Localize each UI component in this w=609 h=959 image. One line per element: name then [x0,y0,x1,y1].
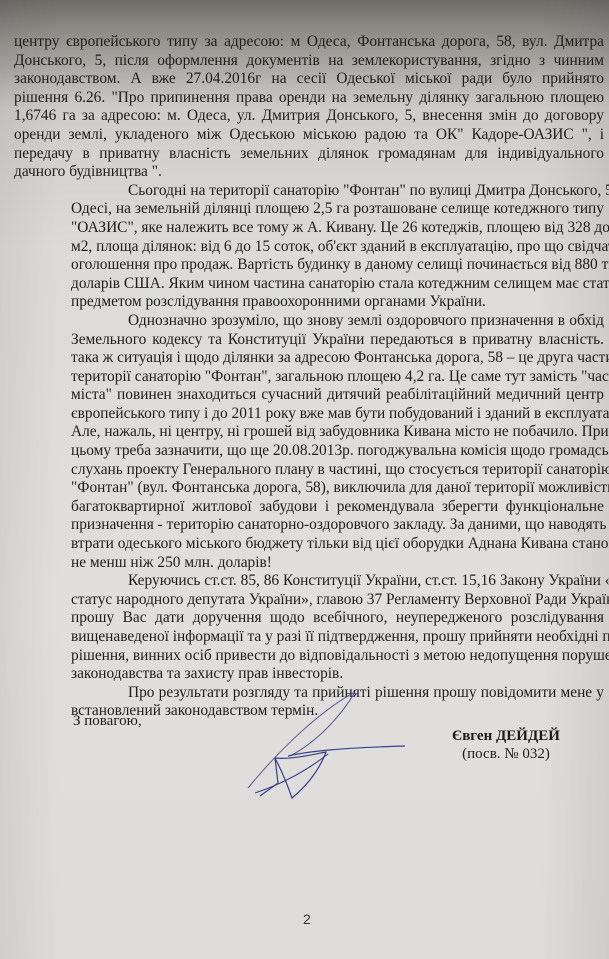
text-line: законодавством. А вже 27.04.2016г на сес… [14,70,604,89]
text-line: вищенаведеної інформації та у разі її пі… [14,628,604,647]
paragraph: Керуючись ст.ст. 85, 86 Конституції Укра… [14,572,604,684]
paragraph: центру європейського типу за адресою: м … [14,33,604,182]
text-line: території санаторію "Фонтан", загальною … [14,368,604,387]
text-line: Одесі, на земельній ділянці площею 2,5 г… [14,200,604,219]
signer-name: Євген ДЕЙДЕЙ [446,728,566,745]
text-line: м2, площа ділянок: від 6 до 15 соток, об… [14,238,604,257]
text-line: призначення - територію санаторно-оздоро… [14,516,604,535]
text-line: рішення, винних осіб привести до відпові… [14,647,604,666]
text-line: рішення 6.26. "Про припинення права орен… [14,89,604,108]
text-line: центру європейського типу за адресою: м … [14,33,604,52]
text-line: доларів США. Яким чином частина санаторі… [14,275,604,294]
text-line: оренди землі, укладеного між Одеською мі… [14,126,604,145]
text-line: Сьогодні на території санаторію "Фонтан"… [14,182,604,201]
text-line: втрати одеського міського бюджету тільки… [14,535,604,554]
text-line: міста" повинен знаходиться сучасний дитя… [14,386,604,405]
text-line: законодавства та захисту прав інвесторів… [14,665,604,684]
handwritten-signature [230,688,410,803]
paragraph: Однозначно зрозуміло, що знову землі озд… [14,312,604,572]
text-line: прошу Вас дати доручення щодо всебічного… [14,609,604,628]
text-line: Земельного кодексу та Конституції Україн… [14,331,604,350]
page-number: 2 [303,911,311,927]
text-line: багатоквартирної житлової забудови і рек… [14,498,604,517]
text-line: європейського типу і до 2011 року вже ма… [14,405,604,424]
signer-block: Євген ДЕЙДЕЙ (посв. № 032) [446,728,566,763]
text-line: статус народного депутата України», глав… [14,591,604,610]
signer-certificate: (посв. № 032) [446,746,566,763]
text-line: Однозначно зрозуміло, що знову землі озд… [14,312,604,331]
text-line: дачного будівництва ". [14,163,604,182]
text-line: цьому треба зазначити, що ще 20.08.2013р… [14,442,604,461]
text-line: оголошення про продаж. Вартість будинку … [14,256,604,275]
text-line: слухань проекту Генерального плану в час… [14,461,604,480]
text-line: предметом розслідування правоохоронними … [14,293,604,312]
paragraph: Сьогодні на території санаторію "Фонтан"… [14,182,604,312]
text-line: "Фонтан" (вул. Фонтанська дорога, 58), в… [14,479,604,498]
closing-salutation: З повагою, [73,713,142,730]
text-line: така ж ситуація і щодо ділянки за адресо… [14,349,604,368]
letter-body: центру європейського типу за адресою: м … [14,33,604,721]
text-line: Але, нажаль, ні центру, ні грошей від за… [14,423,604,442]
text-line: 1,6746 га за адресою: м. Одеса, ул. Дмит… [14,107,604,126]
text-line: "ОАЗИС", яке належить все тому ж А. Кива… [14,219,604,238]
text-line: Керуючись ст.ст. 85, 86 Конституції Укра… [14,572,604,591]
text-line: не менш ніж 250 млн. доларів! [14,554,604,573]
text-line: Донського, 5, після оформлення документі… [14,52,604,71]
text-line: передачу в приватну власність земельних … [14,145,604,164]
